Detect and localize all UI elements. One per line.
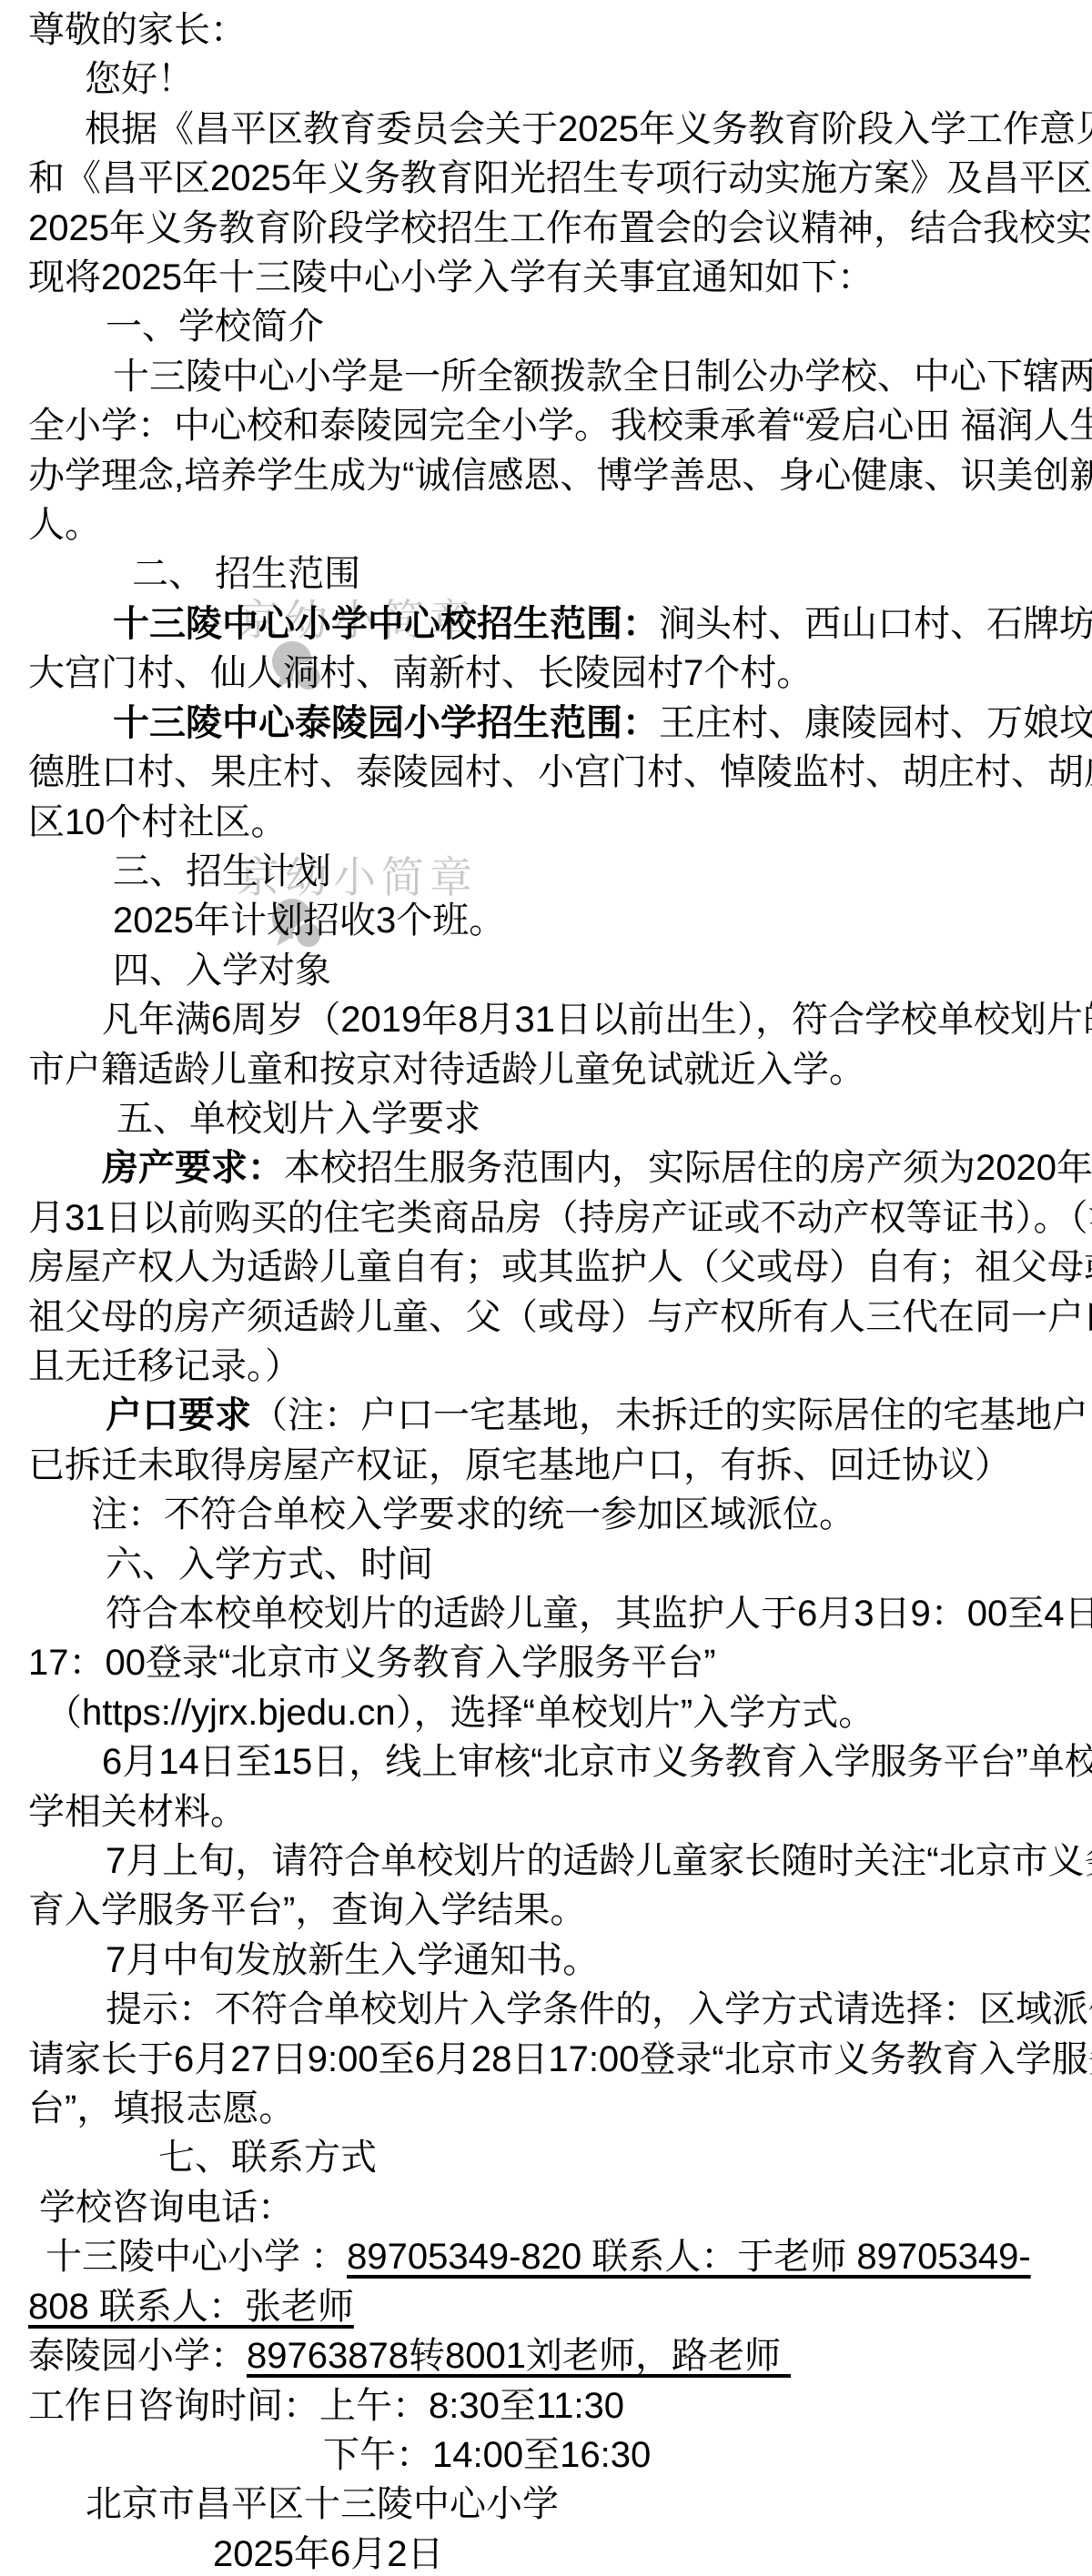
text-segment: 请家长于6月27日9:00至6月28日17:00登录“北京市义务教育入学服务平 [28, 2039, 1092, 2079]
text-segment: 泰陵园小学： [28, 2336, 247, 2376]
text-line: 6月14日至15日，线上审核“北京市义务教育入学服务平台”单校入 [28, 1737, 1092, 1786]
text-segment: 月31日以前购买的住宅类商品房（持房产证或不动产权等证书）。（注： [28, 1198, 1092, 1238]
text-segment: 7月上旬，请符合单校划片的适龄儿童家长随时关注“北京市义务教 [106, 1841, 1092, 1881]
text-line: 十三陵中心小学 ：89705349-820 联系人：于老师 89705349- [28, 2232, 1092, 2281]
text-line: 工作日咨询时间：上午：8:30至11:30 [28, 2381, 1092, 2430]
text-line: 学校咨询电话： [28, 2183, 1092, 2232]
text-line: 育入学服务平台”，查询入学结果。 [28, 1886, 1092, 1935]
text-line: 已拆迁未取得房屋产权证，原宅基地户口，有拆、回迁协议） [28, 1441, 1092, 1490]
text-line: 大宫门村、仙人洞村、南新村、长陵园村7个村。 [28, 649, 1092, 698]
text-segment: 提示：不符合单校划片入学条件的，入学方式请选择：区域派位， [106, 1989, 1092, 2029]
text-segment: 房屋产权人为适龄儿童自有；或其监护人（父或母）自有；祖父母或外 [28, 1247, 1092, 1287]
text-segment: 祖父母的房产须适龄儿童、父（或母）与产权所有人三代在同一户口本 [28, 1297, 1092, 1337]
bold-text: 房产要求： [102, 1148, 284, 1188]
underlined-text: 89705349-820 联系人：于老师 89705349- [347, 2237, 1031, 2277]
text-line: 市户籍适龄儿童和按京对待适龄儿童免试就近入学。 [28, 1045, 1092, 1094]
text-line: 您好！ [28, 55, 1092, 104]
text-line: 学相关材料。 [28, 1787, 1092, 1836]
text-segment: 十三陵中心小学是一所全额拨款全日制公办学校、中心下辖两所完 [113, 357, 1092, 397]
text-line: 符合本校单校划片的适龄儿童，其监护人于6月3日9：00至4日 [28, 1589, 1092, 1638]
text-line: 提示：不符合单校划片入学条件的，入学方式请选择：区域派位， [28, 1985, 1092, 2034]
text-segment: （https://yjrx.bjedu.cn），选择“单校划片”入学方式。 [45, 1693, 875, 1733]
text-segment: （注：户口一宅基地，未拆迁的实际居住的宅基地户口； [251, 1395, 1092, 1435]
text-line: 房产要求：本校招生服务范围内，实际居住的房产须为2020年12 [28, 1143, 1092, 1192]
text-segment: 6月14日至15日，线上审核“北京市义务教育入学服务平台”单校入 [102, 1742, 1092, 1782]
document-page: 京幼小简章 京幼小简章 尊敬的家长：您好！根据《昌平区教育委员会关于2025年义… [0, 0, 1092, 2576]
text-line: 17：00登录“北京市义务教育入学服务平台” [28, 1638, 1092, 1687]
text-line: 户口要求（注：户口一宅基地，未拆迁的实际居住的宅基地户口； [28, 1391, 1092, 1440]
text-segment: 您好！ [85, 59, 194, 99]
text-segment: 四、入学对象 [113, 951, 331, 991]
text-segment: 本校招生服务范围内，实际居住的房产须为2020年12 [284, 1148, 1092, 1188]
text-segment: 涧头村、西山口村、石牌坊村、 [659, 604, 1092, 644]
text-segment: 已拆迁未取得房屋产权证，原宅基地户口，有拆、回迁协议） [28, 1445, 1011, 1485]
text-segment: 7月中旬发放新生入学通知书。 [106, 1940, 599, 1980]
text-line: 台”，填报志愿。 [28, 2084, 1092, 2133]
text-segment: 且无迁移记录。） [28, 1346, 301, 1386]
text-segment: 王庄村、康陵园村、万娘坟村、 [659, 703, 1092, 743]
text-segment: 学校咨询电话： [39, 2188, 294, 2228]
text-segment: 十三陵中心小学 ： [45, 2237, 347, 2277]
text-segment: 七、联系方式 [158, 2138, 377, 2178]
text-segment: 凡年满6周岁（2019年8月31日以前出生），符合学校单校划片的本 [102, 1000, 1092, 1040]
text-line: 三、招生计划 [28, 847, 1092, 896]
text-segment: 根据《昌平区教育委员会关于2025年义务教育阶段入学工作意见》 [85, 109, 1092, 149]
text-segment: 人。 [28, 505, 101, 545]
text-line: 祖父母的房产须适龄儿童、父（或母）与产权所有人三代在同一户口本 [28, 1293, 1092, 1342]
text-line: 凡年满6周岁（2019年8月31日以前出生），符合学校单校划片的本 [28, 995, 1092, 1044]
text-line: 现将2025年十三陵中心小学入学有关事宜通知如下： [28, 253, 1092, 302]
text-segment: 下午：14:00至16:30 [323, 2435, 651, 2475]
text-segment: 北京市昌平区十三陵中心小学 [86, 2484, 559, 2524]
text-line: 请家长于6月27日9:00至6月28日17:00登录“北京市义务教育入学服务平 [28, 2035, 1092, 2084]
text-line: 2025年义务教育阶段学校招生工作布置会的会议精神，结合我校实际， [28, 204, 1092, 253]
text-line: 德胜口村、果庄村、泰陵园村、小宫门村、悼陵监村、胡庄村、胡庄社 [28, 748, 1092, 797]
text-segment: 2025年6月2日 [213, 2534, 443, 2574]
text-line: 四、入学对象 [28, 946, 1092, 995]
text-line: 六、入学方式、时间 [28, 1540, 1092, 1589]
text-segment: 尊敬的家长： [28, 10, 247, 50]
text-line: 7月中旬发放新生入学通知书。 [28, 1936, 1092, 1985]
text-line: 北京市昌平区十三陵中心小学 [28, 2480, 1092, 2529]
text-line: 且无迁移记录。） [28, 1342, 1092, 1391]
text-line: 7月上旬，请符合单校划片的适龄儿童家长随时关注“北京市义务教 [28, 1836, 1092, 1886]
text-segment: 2025年计划招收3个班。 [113, 901, 505, 941]
text-line: 泰陵园小学：89763878转8001刘老师，路老师 [28, 2331, 1092, 2380]
text-segment: 三、招生计划 [113, 851, 331, 891]
text-line: （https://yjrx.bjedu.cn），选择“单校划片”入学方式。 [28, 1688, 1092, 1737]
text-segment: 全小学：中心校和泰陵园完全小学。我校秉承着“爱启心田 福润人生”的 [28, 406, 1092, 446]
text-segment: 二、 招生范围 [132, 554, 360, 594]
text-segment: 区10个村社区。 [28, 802, 288, 842]
text-line: 七、联系方式 [28, 2133, 1092, 2182]
text-line: 人。 [28, 500, 1092, 549]
text-line: 十三陵中心小学中心校招生范围：涧头村、西山口村、石牌坊村、 [28, 599, 1092, 649]
text-line: 十三陵中心泰陵园小学招生范围：王庄村、康陵园村、万娘坟村、 [28, 699, 1092, 748]
text-line: 一、学校简介 [28, 302, 1092, 351]
text-segment: 台”，填报志愿。 [28, 2088, 295, 2128]
text-segment: 德胜口村、果庄村、泰陵园村、小宫门村、悼陵监村、胡庄村、胡庄社 [28, 752, 1092, 792]
text-line: 十三陵中心小学是一所全额拨款全日制公办学校、中心下辖两所完 [28, 352, 1092, 401]
underlined-text: 89763878转8001刘老师，路老师 [247, 2336, 791, 2376]
text-line: 下午：14:00至16:30 [28, 2430, 1092, 2480]
text-segment: 五、单校划片入学要求 [116, 1099, 480, 1139]
text-segment: 一、学校简介 [106, 307, 324, 347]
underlined-text: 808 联系人：张老师 [28, 2287, 354, 2327]
text-line: 二、 招生范围 [28, 549, 1092, 599]
document-body: 尊敬的家长：您好！根据《昌平区教育委员会关于2025年义务教育阶段入学工作意见》… [0, 0, 1092, 2576]
text-line: 2025年计划招收3个班。 [28, 896, 1092, 945]
text-line: 办学理念,培养学生成为“诚信感恩、博学善思、身心健康、识美创新”的 [28, 451, 1092, 500]
text-line: 五、单校划片入学要求 [28, 1094, 1092, 1143]
text-line: 2025年6月2日 [28, 2530, 1092, 2576]
text-segment: 现将2025年十三陵中心小学入学有关事宜通知如下： [28, 257, 874, 297]
text-segment: 育入学服务平台”，查询入学结果。 [28, 1890, 586, 1930]
text-line: 注：不符合单校入学要求的统一参加区域派位。 [28, 1490, 1092, 1539]
bold-text: 户口要求 [106, 1395, 251, 1435]
text-line: 全小学：中心校和泰陵园完全小学。我校秉承着“爱启心田 福润人生”的 [28, 401, 1092, 450]
text-line: 根据《昌平区教育委员会关于2025年义务教育阶段入学工作意见》 [28, 105, 1092, 154]
text-segment: 工作日咨询时间：上午：8:30至11:30 [28, 2386, 624, 2426]
text-line: 尊敬的家长： [28, 5, 1092, 55]
text-segment: 2025年义务教育阶段学校招生工作布置会的会议精神，结合我校实际， [28, 208, 1092, 248]
bold-text: 十三陵中心泰陵园小学招生范围： [113, 703, 659, 743]
bold-text: 十三陵中心小学中心校招生范围： [113, 604, 659, 644]
text-segment: 办学理念,培养学生成为“诚信感恩、博学善思、身心健康、识美创新”的 [28, 456, 1092, 496]
text-line: 月31日以前购买的住宅类商品房（持房产证或不动产权等证书）。（注： [28, 1193, 1092, 1243]
text-segment: 注：不符合单校入学要求的统一参加区域派位。 [91, 1494, 855, 1535]
text-segment: 和《昌平区2025年义务教育阳光招生专项行动实施方案》及昌平区 [28, 158, 1092, 198]
text-segment: 市户籍适龄儿童和按京对待适龄儿童免试就近入学。 [28, 1050, 865, 1090]
text-segment: 17：00登录“北京市义务教育入学服务平台” [28, 1643, 716, 1683]
text-segment: 六、入学方式、时间 [106, 1545, 433, 1585]
text-line: 和《昌平区2025年义务教育阳光招生专项行动实施方案》及昌平区 [28, 154, 1092, 203]
text-segment: 学相关材料。 [28, 1792, 247, 1832]
text-segment: 大宫门村、仙人洞村、南新村、长陵园村7个村。 [28, 653, 813, 693]
text-line: 808 联系人：张老师 [28, 2282, 1092, 2331]
text-segment: 符合本校单校划片的适龄儿童，其监护人于6月3日9：00至4日 [106, 1594, 1092, 1634]
text-line: 房屋产权人为适龄儿童自有；或其监护人（父或母）自有；祖父母或外 [28, 1243, 1092, 1292]
text-line: 区10个村社区。 [28, 798, 1092, 847]
